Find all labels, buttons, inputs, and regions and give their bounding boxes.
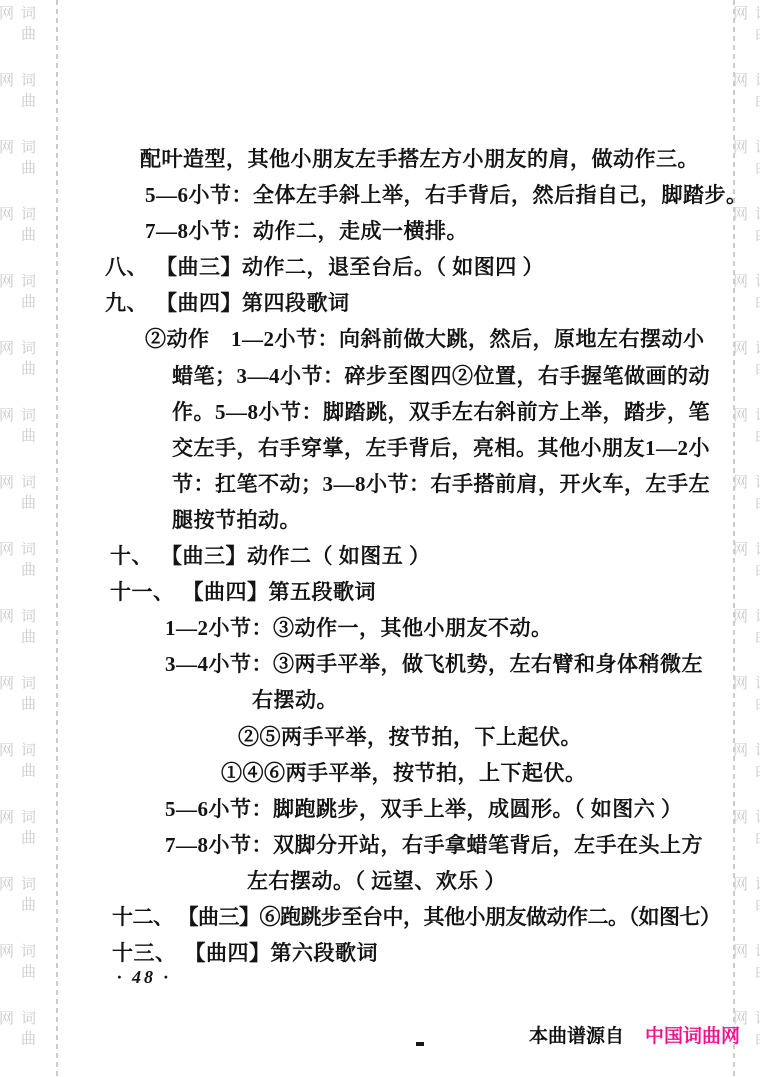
watermark-text: 词曲网 xyxy=(0,5,38,64)
line-text: 第五段歌词 xyxy=(269,580,377,604)
section-line: 十三、【曲四】第六段歌词 xyxy=(100,935,720,971)
watermark-text: 词曲网 xyxy=(0,206,38,265)
right-dashed-rule xyxy=(733,0,735,1077)
line-text: 第四段歌词 xyxy=(242,291,350,315)
song-tag: 【曲四】 xyxy=(183,580,269,604)
watermark-text: 词曲网 xyxy=(0,1010,38,1069)
body-line: 5—6小节：全体左手斜上举，右手背后，然后指自己，脚踏步。 xyxy=(100,177,720,213)
body-line: 5—6小节：脚跑跳步，双手上举，成圆形。（ 如图六 ） xyxy=(100,791,720,827)
line-text: 7—8小节：双脚分开站，右手拿蜡笔背后，左手在头上方 xyxy=(165,833,703,857)
line-text: ②动作 1—2小节：向斜前做大跳，然后，原地左右摆动小 xyxy=(145,327,705,351)
song-tag: 【曲三】 xyxy=(156,255,242,279)
song-tag: 【曲三】 xyxy=(161,544,247,568)
song-tag: 【曲四】 xyxy=(156,291,242,315)
body-line: 左右摆动。（ 远望、欢乐 ） xyxy=(100,863,720,899)
watermark-text: 词曲网 xyxy=(0,407,38,466)
section-number: 十、 xyxy=(110,538,153,574)
body-line: ②⑤两手平举，按节拍，下上起伏。 xyxy=(100,719,720,755)
line-text: 配叶造型，其他小朋友左手搭左方小朋友的肩，做动作三。 xyxy=(140,147,699,171)
watermark-text: 词曲网 xyxy=(0,943,38,1002)
body-line: ①④⑥两手平举，按节拍，上下起伏。 xyxy=(100,755,720,791)
watermark-text: 词曲网 xyxy=(0,876,38,935)
body-line: 7—8小节：动作二，走成一横排。 xyxy=(100,213,720,249)
watermark-text: 词曲网 xyxy=(0,608,38,667)
body-line: 右摆动。 xyxy=(100,682,720,718)
line-text: ⑥跑跳步至台中，其他小朋友做动作二。（如图七） xyxy=(260,905,721,929)
body-line: 节：扛笔不动；3—8小节：右手搭前肩，开火车，左手左 xyxy=(100,466,720,502)
section-number: 十二、 xyxy=(112,899,174,935)
watermark-text: 词曲网 xyxy=(0,340,38,399)
section-line: 九、【曲四】第四段歌词 xyxy=(100,285,720,321)
song-tag: 【曲三】 xyxy=(178,905,260,929)
body-line: 腿按节拍动。 xyxy=(100,502,720,538)
watermark-text: 词曲网 xyxy=(0,541,38,600)
watermark-text: 词曲网 xyxy=(0,742,38,801)
line-text: 腿按节拍动。 xyxy=(172,508,301,532)
body-line: 1—2小节：③动作一，其他小朋友不动。 xyxy=(100,610,720,646)
line-text: 蜡笔；3—4小节：碎步至图四②位置，右手握笔做画的动 xyxy=(172,364,710,388)
footer-source-label: 本曲谱源自 xyxy=(529,1025,624,1049)
footer-source: 本曲谱源自 中国词曲网 xyxy=(529,1025,740,1049)
body-line: 蜡笔；3—4小节：碎步至图四②位置，右手握笔做画的动 xyxy=(100,358,720,394)
section-line: 八、【曲三】动作二，退至台后。（ 如图四 ） xyxy=(100,249,720,285)
line-text: 5—6小节：脚跑跳步，双手上举，成圆形。（ 如图六 ） xyxy=(165,797,683,821)
left-dashed-rule xyxy=(56,0,58,1077)
body-line: 3—4小节：③两手平举，做飞机势，左右臂和身体稍微左 xyxy=(100,646,720,682)
song-tag: 【曲四】 xyxy=(185,941,271,965)
footer-brand-name: 中国词曲网 xyxy=(645,1025,740,1049)
watermark-column-right: 词曲网词曲网词曲网词曲网词曲网词曲网词曲网词曲网词曲网词曲网词曲网词曲网词曲网词… xyxy=(739,5,760,1077)
line-text: 1—2小节：③动作一，其他小朋友不动。 xyxy=(165,616,553,640)
line-text: 节：扛笔不动；3—8小节：右手搭前肩，开火车，左手左 xyxy=(172,472,710,496)
line-text: 右摆动。 xyxy=(252,688,338,712)
watermark-text: 词曲网 xyxy=(0,809,38,868)
body-line: 配叶造型，其他小朋友左手搭左方小朋友的肩，做动作三。 xyxy=(100,141,720,177)
line-text: 动作二，退至台后。（ 如图四 ） xyxy=(242,255,544,279)
line-text: 作。5—8小节：脚踏跳，双手左右斜前方上举，踏步，笔 xyxy=(172,400,710,424)
scanned-document-page: 词曲网词曲网词曲网词曲网词曲网词曲网词曲网词曲网词曲网词曲网词曲网词曲网词曲网词… xyxy=(0,0,760,1077)
line-text: ②⑤两手平举，按节拍，下上起伏。 xyxy=(238,725,582,749)
section-line: 十一、【曲四】第五段歌词 xyxy=(100,574,720,610)
body-line: 作。5—8小节：脚踏跳，双手左右斜前方上举，踏步，笔 xyxy=(100,394,720,430)
body-line: 交左手，右手穿掌，左手背后，亮相。其他小朋友1—2小 xyxy=(100,430,720,466)
page-number: · 48 · xyxy=(117,962,171,992)
body-line: 7—8小节：双脚分开站，右手拿蜡笔背后，左手在头上方 xyxy=(100,827,720,863)
line-text: 左右摆动。（ 远望、欢乐 ） xyxy=(247,869,506,893)
line-text: 动作二（ 如图五 ） xyxy=(247,544,431,568)
instruction-text-block: 配叶造型，其他小朋友左手搭左方小朋友的肩，做动作三。 5—6小节：全体左手斜上举… xyxy=(100,141,720,971)
line-text: 交左手，右手穿掌，左手背后，亮相。其他小朋友1—2小 xyxy=(172,436,710,460)
section-line: 十二、【曲三】⑥跑跳步至台中，其他小朋友做动作二。（如图七） xyxy=(100,899,720,935)
watermark-text: 词曲网 xyxy=(0,72,38,131)
line-text: 3—4小节：③两手平举，做飞机势，左右臂和身体稍微左 xyxy=(165,652,703,676)
watermark-text: 词曲网 xyxy=(0,273,38,332)
watermark-text: 词曲网 xyxy=(0,474,38,533)
line-text: 第六段歌词 xyxy=(271,941,379,965)
watermark-text: 词曲网 xyxy=(0,139,38,198)
section-number: 十一、 xyxy=(110,574,175,610)
scan-artifact-mark xyxy=(416,1042,424,1046)
line-text: ①④⑥两手平举，按节拍，上下起伏。 xyxy=(221,761,587,785)
section-line: 十、【曲三】动作二（ 如图五 ） xyxy=(100,538,720,574)
line-text: 5—6小节：全体左手斜上举，右手背后，然后指自己，脚踏步。 xyxy=(145,183,748,207)
body-line: ②动作 1—2小节：向斜前做大跳，然后，原地左右摆动小 xyxy=(100,321,720,357)
watermark-text: 词曲网 xyxy=(0,675,38,734)
section-number: 八、 xyxy=(105,249,148,285)
watermark-column-left: 词曲网词曲网词曲网词曲网词曲网词曲网词曲网词曲网词曲网词曲网词曲网词曲网词曲网词… xyxy=(5,5,27,1077)
line-text: 7—8小节：动作二，走成一横排。 xyxy=(145,219,468,243)
section-number: 九、 xyxy=(105,285,148,321)
